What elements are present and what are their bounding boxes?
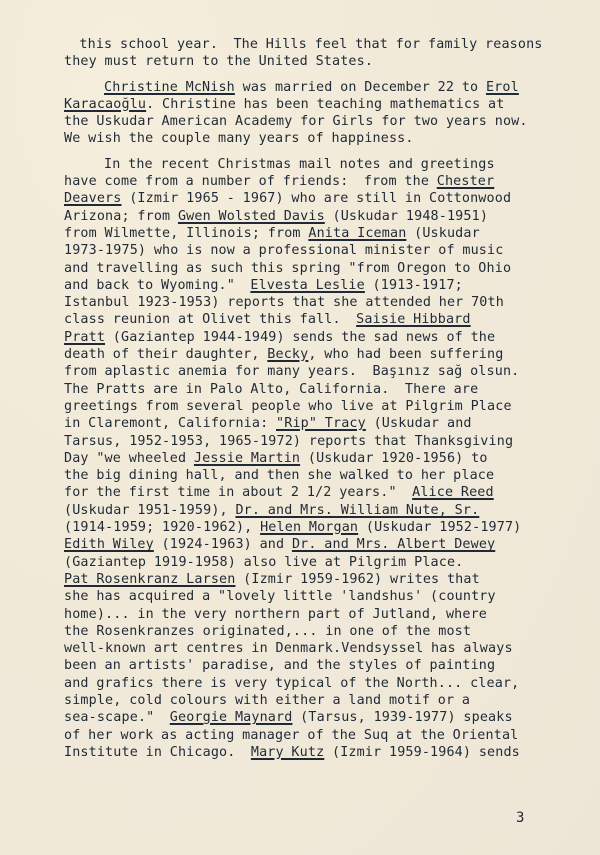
text-segment: the Rosenkranzes originated,... in one o… (64, 624, 471, 639)
text-line: and travelling as such this spring "from… (64, 260, 560, 277)
text-segment: of her work as acting manager of the Suq… (64, 728, 518, 743)
text-line: been an artists' paradise, and the style… (64, 657, 560, 674)
underlined-name: Chester (437, 174, 494, 189)
text-segment: (Izmir 1959-1964) sends (324, 745, 520, 760)
text-segment: home)... in the very northern part of Ju… (64, 607, 487, 622)
underlined-name: Pratt (64, 330, 105, 345)
text-line: class reunion at Olivet this fall. Saisi… (64, 311, 560, 328)
page-number: 3 (516, 810, 524, 826)
underlined-name: Gwen Wolsted Davis (178, 209, 325, 224)
text-line: this school year. The Hills feel that fo… (64, 36, 560, 53)
underlined-name: Dr. and Mrs. William Nute, Sr. (235, 503, 479, 518)
text-line: in Claremont, California: "Rip" Tracy (U… (64, 415, 560, 432)
text-segment: this school year. The Hills feel that fo… (64, 37, 543, 52)
underlined-name: "Rip" Tracy (276, 416, 366, 431)
underlined-name: Edith Wiley (64, 537, 154, 552)
text-segment: . Christine has been teaching mathematic… (146, 97, 504, 112)
text-segment: (Uskudar 1948-1951) (325, 209, 488, 224)
text-segment: greetings from several people who live a… (64, 399, 512, 414)
text-line: (Uskudar 1951-1959), Dr. and Mrs. Willia… (64, 502, 560, 519)
text-line: and grafics there is very typical of the… (64, 675, 560, 692)
text-segment: (Uskudar (406, 226, 479, 241)
underlined-name: Dr. and Mrs. Albert Dewey (292, 537, 495, 552)
text-segment: (1914-1959; 1920-1962), (64, 520, 260, 535)
text-line: Karacaoğlu. Christine has been teaching … (64, 96, 560, 113)
text-segment: Tarsus, 1952-1953, 1965-1972) reports th… (64, 434, 513, 449)
text-segment: she has acquired a "lovely little 'lands… (64, 589, 496, 604)
text-segment: from aplastic anemia for many years. Baş… (64, 364, 519, 379)
text-segment: death of their daughter, (64, 347, 267, 362)
text-line: Arizona; from Gwen Wolsted Davis (Uskuda… (64, 208, 560, 225)
text-line: the Rosenkranzes originated,... in one o… (64, 623, 560, 640)
text-segment: In the recent Christmas mail notes and g… (104, 157, 495, 172)
text-line: Istanbul 1923-1953) reports that she att… (64, 294, 560, 311)
text-segment: class reunion at Olivet this fall. (64, 312, 356, 327)
text-segment: (Tarsus, 1939-1977) speaks (292, 710, 512, 725)
text-line: of her work as acting manager of the Suq… (64, 727, 560, 744)
text-segment: (Gaziantep 1944-1949) sends the sad news… (105, 330, 495, 345)
underlined-name: Mary Kutz (251, 745, 324, 760)
text-segment: 1973-1975) who is now a professional min… (64, 243, 503, 258)
underlined-name: Deavers (64, 191, 121, 206)
text-line: greetings from several people who live a… (64, 398, 560, 415)
text-segment: We wish the couple many years of happine… (64, 131, 414, 146)
text-segment: and back to Wyoming." (64, 278, 250, 293)
text-line: (1914-1959; 1920-1962), Helen Morgan (Us… (64, 519, 560, 536)
underlined-name: Erol (486, 80, 519, 95)
text-segment: they must return to the United States. (64, 54, 373, 69)
text-line: Tarsus, 1952-1953, 1965-1972) reports th… (64, 433, 560, 450)
underlined-name: Alice Reed (412, 485, 494, 500)
text-line: and back to Wyoming." Elvesta Leslie (19… (64, 277, 560, 294)
text-segment: the big dining hall, and then she walked… (64, 468, 494, 483)
text-segment: simple, cold colours with either a land … (64, 693, 470, 708)
text-line: from Wilmette, Illinois; from Anita Icem… (64, 225, 560, 242)
text-segment: (1913-1917; (365, 278, 463, 293)
text-segment: Institute in Chicago. (64, 745, 251, 760)
text-line: for the first time in about 2 1/2 years.… (64, 484, 560, 501)
text-line: simple, cold colours with either a land … (64, 692, 560, 709)
document-body: this school year. The Hills feel that fo… (64, 36, 560, 761)
text-segment: (1924-1963) and (154, 537, 292, 552)
underlined-name: Helen Morgan (260, 520, 358, 535)
text-line: Edith Wiley (1924-1963) and Dr. and Mrs.… (64, 536, 560, 553)
text-segment: Istanbul 1923-1953) reports that she att… (64, 295, 504, 310)
text-line: Christine McNish was married on December… (64, 79, 560, 96)
text-segment: for the first time in about 2 1/2 years.… (64, 485, 412, 500)
underlined-name: Becky (267, 347, 308, 362)
underlined-name: Karacaoğlu (64, 97, 146, 112)
text-segment: (Izmir 1965 - 1967) who are still in Cot… (121, 191, 511, 206)
text-line: sea-scape." Georgie Maynard (Tarsus, 193… (64, 709, 560, 726)
text-segment: (Uskudar 1952-1977) (358, 520, 521, 535)
text-segment: and travelling as such this spring "from… (64, 261, 511, 276)
text-segment: (Uskudar and (366, 416, 472, 431)
underlined-name: Georgie Maynard (170, 710, 293, 725)
underlined-name: Christine McNish (104, 80, 235, 95)
text-line: from aplastic anemia for many years. Baş… (64, 363, 560, 380)
text-segment: was married on December 22 to (235, 80, 486, 95)
text-line: death of their daughter, Becky, who had … (64, 346, 560, 363)
text-line: Institute in Chicago. Mary Kutz (Izmir 1… (64, 744, 560, 761)
christmas-greetings-paragraph: In the recent Christmas mail notes and g… (64, 156, 560, 761)
hills-paragraph-continuation: this school year. The Hills feel that fo… (64, 36, 560, 71)
text-segment: (Izmir 1959-1962) writes that (235, 572, 479, 587)
text-segment: well-known art centres in Denmark.Vendsy… (64, 641, 513, 656)
text-segment: from Wilmette, Illinois; from (64, 226, 308, 241)
text-line: well-known art centres in Denmark.Vendsy… (64, 640, 560, 657)
document-page: this school year. The Hills feel that fo… (64, 36, 560, 761)
text-line: Pat Rosenkranz Larsen (Izmir 1959-1962) … (64, 571, 560, 588)
text-line: the big dining hall, and then she walked… (64, 467, 560, 484)
text-line: the Uskudar American Academy for Girls f… (64, 113, 560, 130)
text-segment: been an artists' paradise, and the style… (64, 658, 495, 673)
text-line: she has acquired a "lovely little 'lands… (64, 588, 560, 605)
underlined-name: Pat Rosenkranz Larsen (64, 572, 235, 587)
text-segment: the Uskudar American Academy for Girls f… (64, 114, 528, 129)
text-segment: have come from a number of friends: from… (64, 174, 437, 189)
text-line: have come from a number of friends: from… (64, 173, 560, 190)
text-segment: (Uskudar 1951-1959), (64, 503, 235, 518)
text-segment: Day "we wheeled (64, 451, 194, 466)
text-line: The Pratts are in Palo Alto, California.… (64, 381, 560, 398)
text-segment: and grafics there is very typical of the… (64, 676, 519, 691)
text-line: Day "we wheeled Jessie Martin (Uskudar 1… (64, 450, 560, 467)
text-line: home)... in the very northern part of Ju… (64, 606, 560, 623)
text-segment: (Uskudar 1920-1956) to (300, 451, 487, 466)
text-segment: The Pratts are in Palo Alto, California.… (64, 382, 478, 397)
text-line: Deavers (Izmir 1965 - 1967) who are stil… (64, 190, 560, 207)
text-segment: , who had been suffering (308, 347, 503, 362)
text-segment: sea-scape." (64, 710, 170, 725)
text-line: they must return to the United States. (64, 53, 560, 70)
text-line: (Gaziantep 1919-1958) also live at Pilgr… (64, 554, 560, 571)
text-line: 1973-1975) who is now a professional min… (64, 242, 560, 259)
text-line: In the recent Christmas mail notes and g… (64, 156, 560, 173)
text-line: We wish the couple many years of happine… (64, 130, 560, 147)
text-segment: (Gaziantep 1919-1958) also live at Pilgr… (64, 555, 463, 570)
text-segment: Arizona; from (64, 209, 178, 224)
text-line: Pratt (Gaziantep 1944-1949) sends the sa… (64, 329, 560, 346)
underlined-name: Saisie Hibbard (356, 312, 470, 327)
underlined-name: Jessie Martin (194, 451, 300, 466)
text-segment: in Claremont, California: (64, 416, 276, 431)
mcnish-marriage-paragraph: Christine McNish was married on December… (64, 79, 560, 148)
underlined-name: Anita Iceman (308, 226, 406, 241)
underlined-name: Elvesta Leslie (250, 278, 364, 293)
